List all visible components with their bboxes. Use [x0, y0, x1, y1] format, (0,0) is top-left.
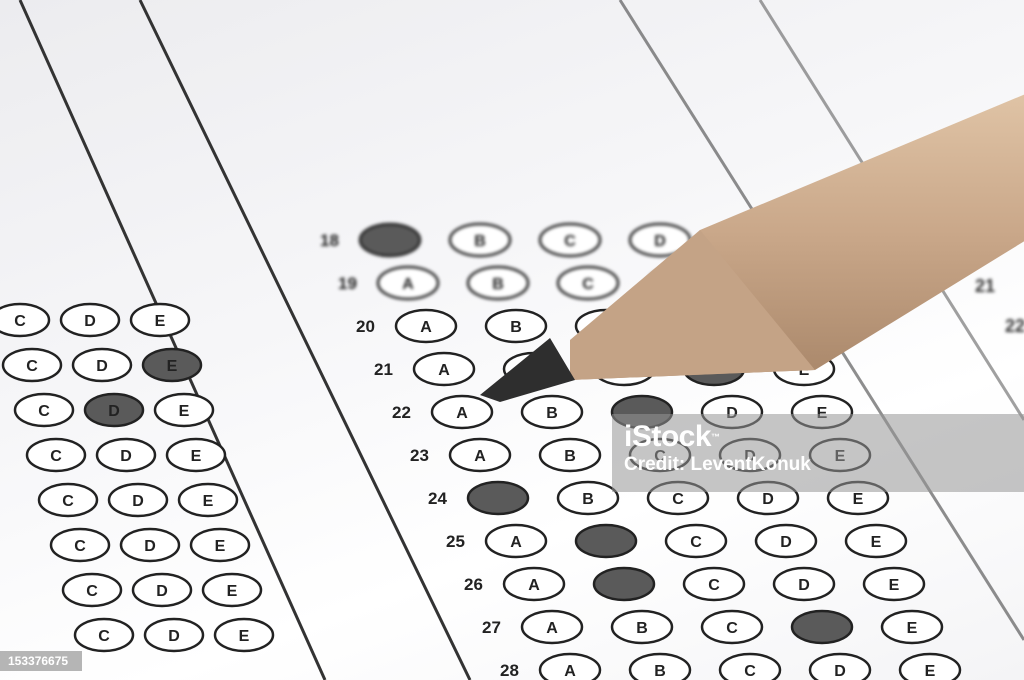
svg-text:D: D [108, 403, 120, 420]
answer-bubble [594, 568, 654, 600]
bubble-label: E [889, 577, 900, 594]
bubble-label: B [654, 663, 666, 680]
question-number: 20 [356, 317, 375, 336]
bubble-label: A [528, 577, 540, 594]
svg-text:E: E [155, 313, 166, 330]
svg-text:E: E [239, 628, 250, 645]
bubble-label: B [636, 620, 648, 637]
svg-text:C: C [14, 313, 26, 330]
bubble-label: A [438, 362, 450, 379]
bubble-label: E [907, 620, 918, 637]
svg-text:D: D [120, 448, 132, 465]
svg-text:D: D [144, 538, 156, 555]
svg-text:C: C [98, 628, 110, 645]
question-number: 23 [410, 446, 429, 465]
bubble-label: C [690, 534, 702, 551]
bubble-label: D [780, 534, 792, 551]
svg-text:D: D [132, 493, 144, 510]
bubble-label: B [564, 448, 576, 465]
bubble-label: C [744, 663, 756, 680]
question-number: 21 [374, 360, 393, 379]
question-number: 22 [392, 403, 411, 422]
bubble-label: D [762, 491, 774, 508]
answer-bubble [468, 482, 528, 514]
bubble-label: A [456, 405, 468, 422]
bubble-label: D [798, 577, 810, 594]
svg-text:E: E [227, 583, 238, 600]
svg-text:D: D [84, 313, 96, 330]
bubble-label: E [853, 491, 864, 508]
photo-credit: Credit: LeventKonuk [624, 452, 1012, 478]
bubble-label: A [402, 276, 414, 293]
question-number: 25 [446, 532, 465, 551]
question-number: 26 [464, 575, 483, 594]
bubble-label: D [834, 663, 846, 680]
answer-sheet-photo: 18BCDE19ABCDE20ABCDE21ABCE22ABDE23ABCDE2… [0, 0, 1024, 680]
svg-text:E: E [191, 448, 202, 465]
bubble-label: A [564, 663, 576, 680]
answer-bubble [360, 224, 420, 256]
answer-bubble [576, 525, 636, 557]
bubble-label: C [708, 577, 720, 594]
question-number: 18 [320, 231, 339, 250]
svg-text:D: D [168, 628, 180, 645]
svg-text:D: D [156, 583, 168, 600]
bubble-label: B [582, 491, 594, 508]
bubble-label: A [510, 534, 522, 551]
question-number: 24 [428, 489, 447, 508]
question-number: 27 [482, 618, 501, 637]
pencil-lead [480, 338, 575, 402]
svg-text:C: C [74, 538, 86, 555]
svg-text:D: D [96, 358, 108, 375]
svg-text:E: E [167, 358, 178, 375]
svg-text:C: C [62, 493, 74, 510]
question-number: 28 [500, 661, 519, 680]
svg-text:E: E [215, 538, 226, 555]
svg-text:E: E [203, 493, 214, 510]
pencil [475, 80, 1024, 410]
bubble-label: A [420, 319, 432, 336]
bubble-label: A [546, 620, 558, 637]
question-number: 19 [338, 274, 357, 293]
svg-text:C: C [38, 403, 50, 420]
svg-text:C: C [26, 358, 38, 375]
bubble-label: E [871, 534, 882, 551]
svg-text:C: C [86, 583, 98, 600]
istock-logo: iStock™ [624, 422, 1012, 452]
bubble-label: C [726, 620, 738, 637]
svg-text:E: E [179, 403, 190, 420]
image-id-tag: 153376675 [0, 651, 82, 671]
svg-text:C: C [50, 448, 62, 465]
bubble-label: C [672, 491, 684, 508]
bubble-label: E [925, 663, 936, 680]
bubble-label: A [474, 448, 486, 465]
istock-watermark: iStock™ Credit: LeventKonuk [612, 414, 1024, 492]
answer-bubble [792, 611, 852, 643]
